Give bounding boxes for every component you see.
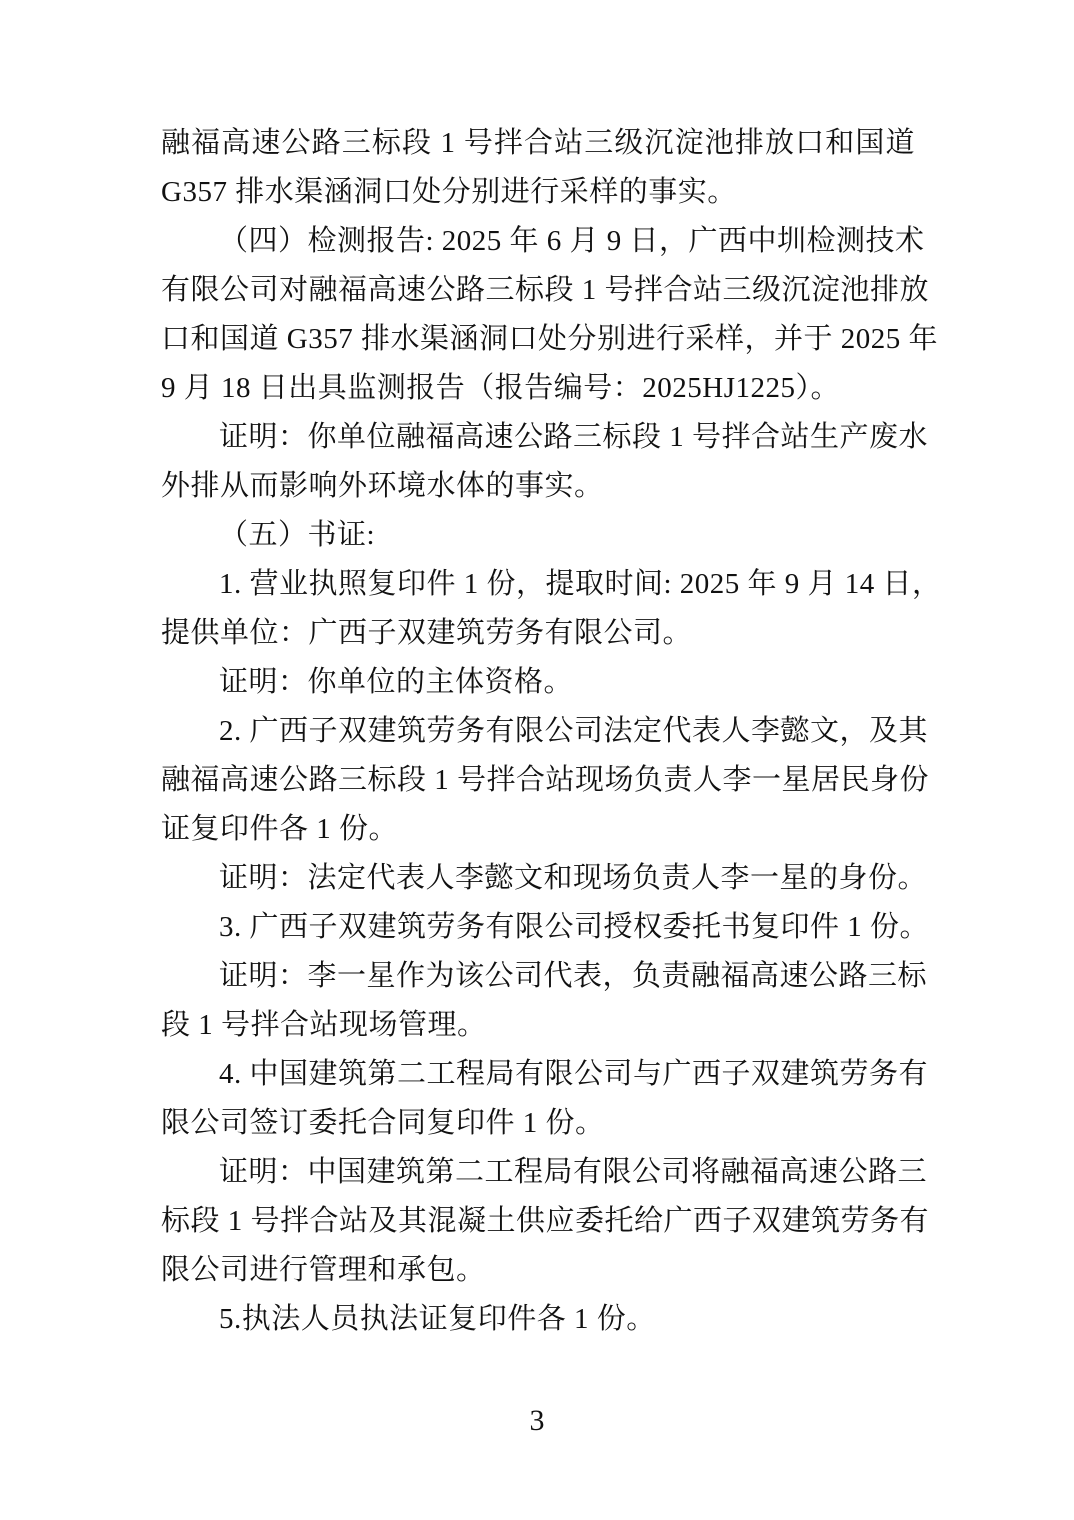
- paragraph: （四）检测报告: 2025 年 6 月 9 日，广西中圳检测技术 有限公司对融福…: [161, 217, 915, 413]
- text-line: （五）书证:: [161, 511, 915, 560]
- text-line: 有限公司对融福高速公路三标段 1 号拌合站三级沉淀池排放: [161, 266, 915, 315]
- text-line: 融福高速公路三标段 1 号拌合站现场负责人李一星居民身份: [161, 756, 915, 805]
- text-line: 限公司签订委托合同复印件 1 份。: [161, 1099, 915, 1148]
- paragraph: 4. 中国建筑第二工程局有限公司与广西子双建筑劳务有 限公司签订委托合同复印件 …: [161, 1050, 915, 1148]
- text-line: 口和国道 G357 排水渠涵洞口处分别进行采样，并于 2025 年: [161, 315, 915, 364]
- paragraph: 证明：你单位融福高速公路三标段 1 号拌合站生产废水 外排从而影响外环境水体的事…: [161, 413, 915, 511]
- text-line: 标段 1 号拌合站及其混凝土供应委托给广西子双建筑劳务有: [161, 1197, 915, 1246]
- text-line: 证复印件各 1 份。: [161, 805, 915, 854]
- text-line: G357 排水渠涵洞口处分别进行采样的事实。: [161, 168, 915, 217]
- text-line: 2. 广西子双建筑劳务有限公司法定代表人李懿文，及其: [161, 707, 915, 756]
- text-line: 证明：法定代表人李懿文和现场负责人李一星的身份。: [161, 854, 915, 903]
- text-line: 3. 广西子双建筑劳务有限公司授权委托书复印件 1 份。: [161, 903, 915, 952]
- text-line: 5.执法人员执法证复印件各 1 份。: [161, 1295, 915, 1344]
- paragraph: 融福高速公路三标段 1 号拌合站三级沉淀池排放口和国道 G357 排水渠涵洞口处…: [161, 119, 915, 217]
- paragraph: 5.执法人员执法证复印件各 1 份。: [161, 1295, 915, 1344]
- text-line: 证明：中国建筑第二工程局有限公司将融福高速公路三: [161, 1148, 915, 1197]
- text-line: 限公司进行管理和承包。: [161, 1246, 915, 1295]
- paragraph: 1. 营业执照复印件 1 份，提取时间: 2025 年 9 月 14 日， 提供…: [161, 560, 915, 658]
- text-line: 9 月 18 日出具监测报告（报告编号：2025HJ1225）。: [161, 364, 915, 413]
- text-line: 1. 营业执照复印件 1 份，提取时间: 2025 年 9 月 14 日，: [161, 560, 915, 609]
- paragraph: 证明：李一星作为该公司代表，负责融福高速公路三标 段 1 号拌合站现场管理。: [161, 952, 915, 1050]
- text-line: 证明：你单位融福高速公路三标段 1 号拌合站生产废水: [161, 413, 915, 462]
- text-line: 融福高速公路三标段 1 号拌合站三级沉淀池排放口和国道: [161, 119, 915, 168]
- paragraph: 证明：你单位的主体资格。: [161, 658, 915, 707]
- text-line: 外排从而影响外环境水体的事实。: [161, 462, 915, 511]
- text-line: 证明：李一星作为该公司代表，负责融福高速公路三标: [161, 952, 915, 1001]
- text-line: 证明：你单位的主体资格。: [161, 658, 915, 707]
- paragraph: （五）书证:: [161, 511, 915, 560]
- document-body: 融福高速公路三标段 1 号拌合站三级沉淀池排放口和国道 G357 排水渠涵洞口处…: [161, 119, 915, 1344]
- paragraph: 2. 广西子双建筑劳务有限公司法定代表人李懿文，及其 融福高速公路三标段 1 号…: [161, 707, 915, 854]
- paragraph: 3. 广西子双建筑劳务有限公司授权委托书复印件 1 份。: [161, 903, 915, 952]
- document-page: 融福高速公路三标段 1 号拌合站三级沉淀池排放口和国道 G357 排水渠涵洞口处…: [0, 0, 1074, 1520]
- text-line: 4. 中国建筑第二工程局有限公司与广西子双建筑劳务有: [161, 1050, 915, 1099]
- paragraph: 证明：法定代表人李懿文和现场负责人李一星的身份。: [161, 854, 915, 903]
- paragraph: 证明：中国建筑第二工程局有限公司将融福高速公路三 标段 1 号拌合站及其混凝土供…: [161, 1148, 915, 1295]
- text-line: （四）检测报告: 2025 年 6 月 9 日，广西中圳检测技术: [161, 217, 915, 266]
- page-number: 3: [0, 1401, 1074, 1441]
- text-line: 提供单位：广西子双建筑劳务有限公司。: [161, 609, 915, 658]
- text-line: 段 1 号拌合站现场管理。: [161, 1001, 915, 1050]
